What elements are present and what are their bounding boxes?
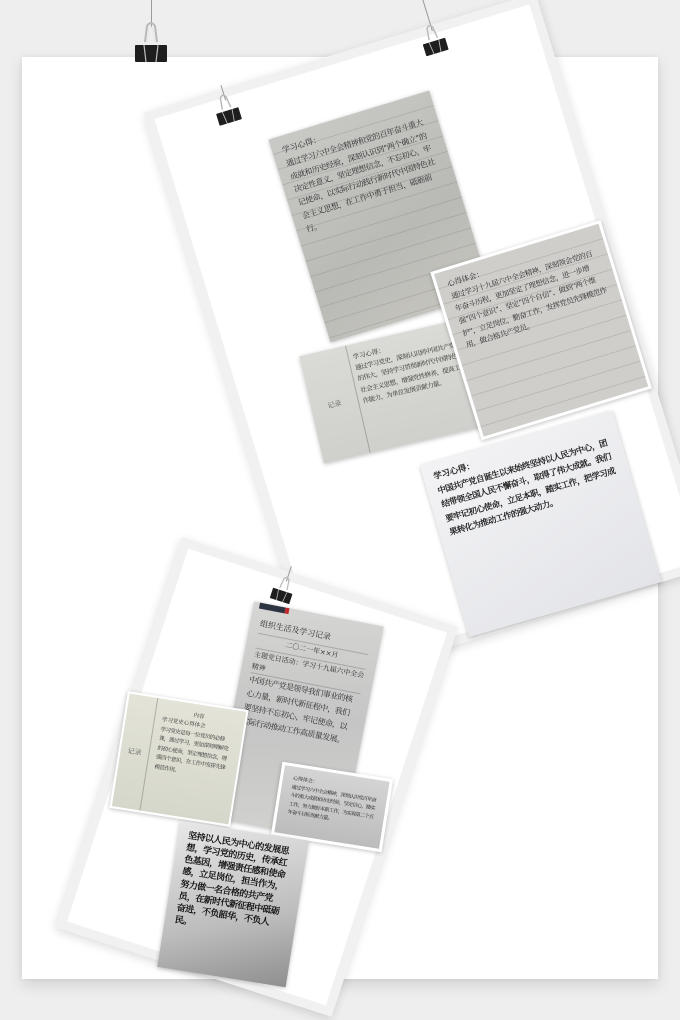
note-text: 坚持以人民为中心的发展思想，学习党的历史，传承红色基因，增强责任感和使命感，立足… <box>174 831 290 927</box>
handwritten-table-photo: 记录 内容 学习党史心得体会 学习党史是每一位党员的必修课，通过学习，更加深刻理… <box>110 691 249 827</box>
binder-clip-icon <box>134 20 168 64</box>
handwritten-calligraphy-photo: 坚持以人民为中心的发展思想，学习党的历史，传承红色基因，增强责任感和使命感，立足… <box>157 821 309 988</box>
